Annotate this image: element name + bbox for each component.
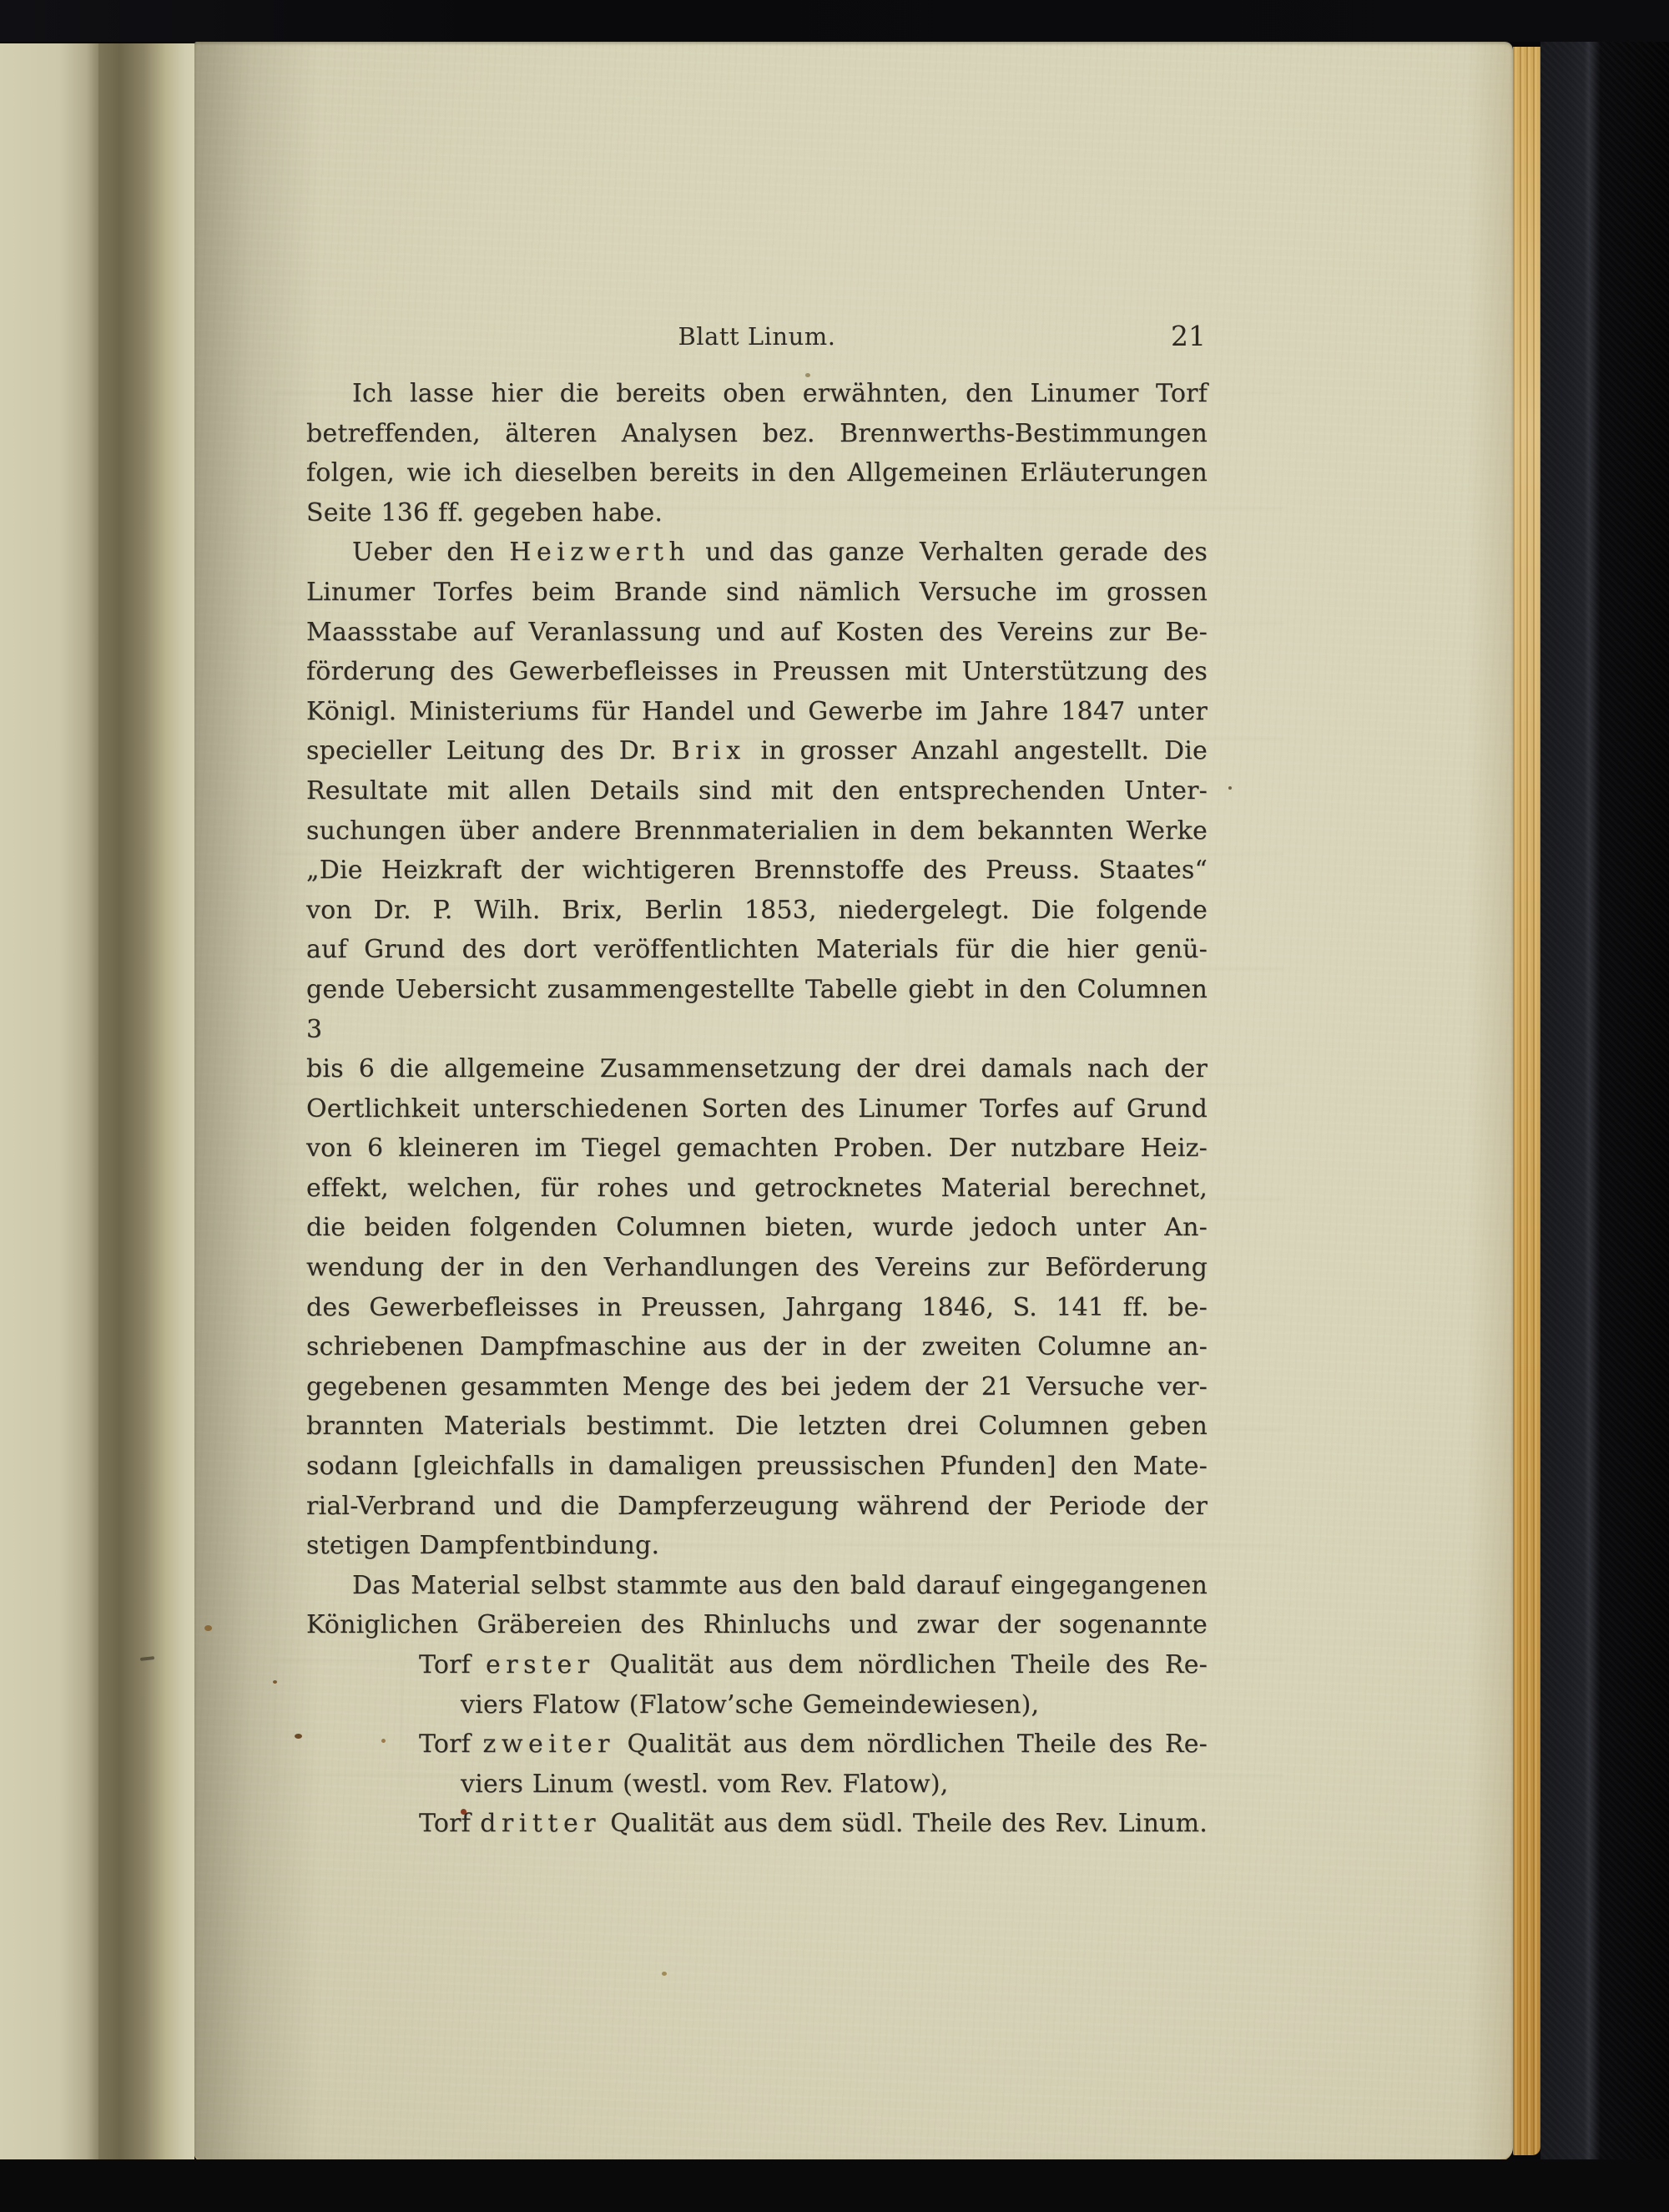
page-edges bbox=[1513, 47, 1540, 2155]
letterspaced-word: zweiter bbox=[483, 1730, 615, 1759]
paper-speck bbox=[273, 1680, 277, 1684]
paper-speck bbox=[204, 1625, 212, 1631]
book-page: Blatt Linum. 21 Ich lasse hier die berei… bbox=[194, 42, 1513, 2161]
paper-speck bbox=[1228, 786, 1232, 790]
paper-speck bbox=[295, 1734, 302, 1739]
text-line: gegebenen gesammten Menge des bei jedem … bbox=[306, 1367, 1208, 1407]
text-line: von Dr. P. Wilh. Brix, Berlin 1853, nied… bbox=[306, 891, 1208, 931]
text-line: von 6 kleineren im Tiegel gemachten Prob… bbox=[306, 1129, 1208, 1169]
letterspaced-word: Brix bbox=[672, 736, 746, 765]
text-line: Königlichen Gräbereien des Rhinluchs und… bbox=[306, 1605, 1208, 1645]
text-line: sodann [gleichfalls in damaligen preussi… bbox=[306, 1447, 1208, 1487]
book-scan: Blatt Linum. 21 Ich lasse hier die berei… bbox=[0, 0, 1669, 2212]
text-line: auf Grund des dort veröffentlichten Mate… bbox=[306, 930, 1208, 970]
text-block: Ich lasse hier die bereits oben erwähnte… bbox=[306, 374, 1208, 1844]
text-line: schriebenen Dampfmaschine aus der in der… bbox=[306, 1327, 1208, 1367]
text-line: gende Uebersicht zusammengestellte Tabel… bbox=[306, 970, 1208, 1049]
text-line: bis 6 die allgemeine Zusammensetzung der… bbox=[306, 1049, 1208, 1089]
text-line: Das Material selbst stammte aus den bald… bbox=[306, 1566, 1208, 1606]
text-line: betreffenden, älteren Analysen bez. Bren… bbox=[306, 414, 1208, 454]
text-line: rial-Verbrand und die Dampferzeugung wäh… bbox=[306, 1487, 1208, 1527]
scan-background-top bbox=[0, 0, 1669, 42]
letterspaced-word: dritter bbox=[480, 1809, 601, 1838]
text-line: wendung der in den Verhandlungen des Ver… bbox=[306, 1248, 1208, 1288]
letterspaced-word: Heizwerth bbox=[509, 538, 690, 567]
text-line: förderung des Gewerbefleisses in Preusse… bbox=[306, 652, 1208, 692]
running-title: Blatt Linum. bbox=[306, 317, 1208, 356]
book-cover bbox=[1540, 0, 1669, 2212]
text-line: Maassstabe auf Veranlassung und auf Kost… bbox=[306, 613, 1208, 653]
gutter-shadow bbox=[98, 43, 194, 2159]
text-line: viers Flatow (Flatow’sche Gemeindewiesen… bbox=[306, 1685, 1208, 1725]
text-line: „Die Heizkraft der wichtigeren Brennstof… bbox=[306, 851, 1208, 891]
text-line: Resultate mit allen Details sind mit den… bbox=[306, 771, 1208, 811]
text-line: specieller Leitung des Dr. Brix in gross… bbox=[306, 731, 1208, 771]
page-number: 21 bbox=[1171, 317, 1206, 356]
text-line: Torf dritter Qualität aus dem südl. Thei… bbox=[306, 1804, 1208, 1844]
letterspaced-word: erster bbox=[486, 1650, 595, 1679]
text-line: Ueber den Heizwerth und das ganze Verhal… bbox=[306, 533, 1208, 573]
text-line: brannten Materials bestimmt. Die letzten… bbox=[306, 1406, 1208, 1447]
text-line: des Gewerbefleisses in Preussen, Jahrgan… bbox=[306, 1288, 1208, 1328]
text-line: Ich lasse hier die bereits oben erwähnte… bbox=[306, 374, 1208, 414]
text-line: suchungen über andere Brennmaterialien i… bbox=[306, 811, 1208, 851]
text-line: effekt, welchen, für rohes und getrockne… bbox=[306, 1169, 1208, 1209]
scan-background-bottom bbox=[0, 2159, 1669, 2212]
paper-speck bbox=[662, 1972, 667, 1976]
text-line: Torf erster Qualität aus dem nördlichen … bbox=[306, 1645, 1208, 1685]
text-line: folgen, wie ich dieselben bereits in den… bbox=[306, 453, 1208, 493]
text-line: Linumer Torfes beim Brande sind nämlich … bbox=[306, 573, 1208, 613]
previous-page-edge bbox=[0, 43, 98, 2159]
text-line: viers Linum (westl. vom Rev. Flatow), bbox=[306, 1765, 1208, 1805]
text-line: Oertlichkeit unterschiedenen Sorten des … bbox=[306, 1089, 1208, 1129]
text-line: Königl. Ministeriums für Handel und Gewe… bbox=[306, 692, 1208, 732]
text-line: die beiden folgenden Columnen bieten, wu… bbox=[306, 1208, 1208, 1248]
text-line: Torf zweiter Qualität aus dem nördlichen… bbox=[306, 1725, 1208, 1765]
text-line: Seite 136 ff. gegeben habe. bbox=[306, 493, 1208, 533]
page-header: Blatt Linum. 21 bbox=[306, 317, 1208, 356]
text-line: stetigen Dampfentbindung. bbox=[306, 1526, 1208, 1566]
